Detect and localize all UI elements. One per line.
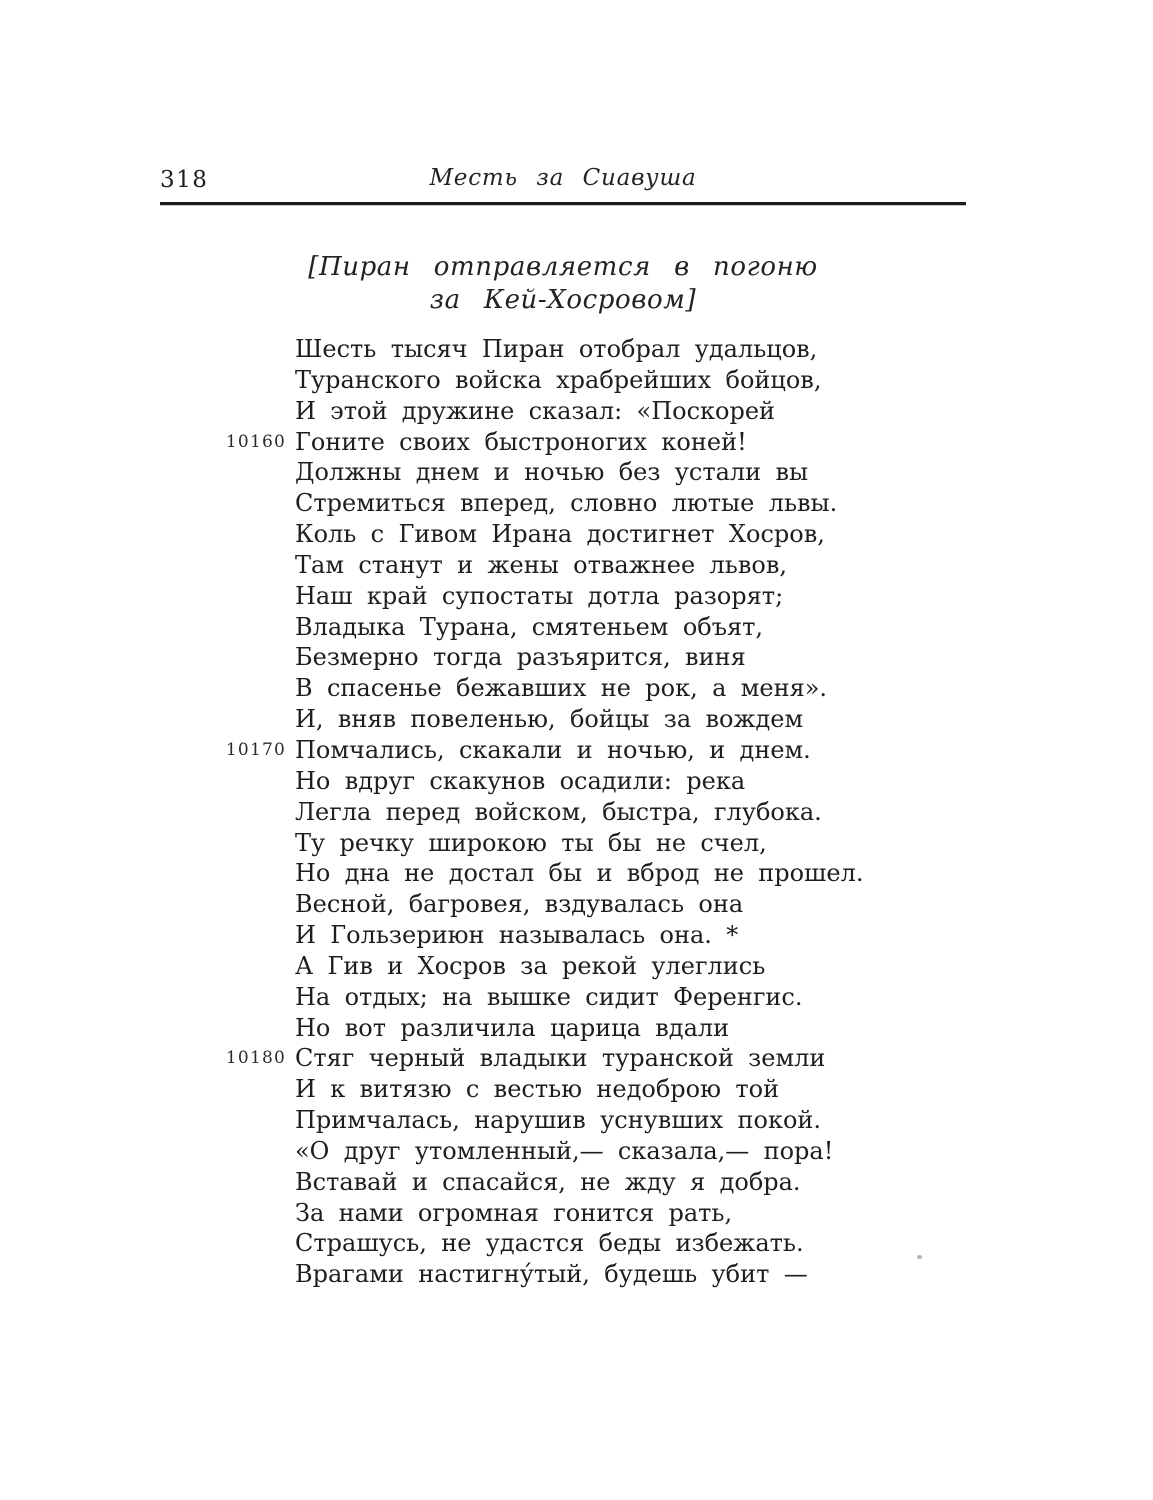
- poem-line-text: А Гив и Хосров за рекой улеглись: [295, 952, 765, 980]
- poem-line: На отдых; на вышке сидит Ференгис.: [295, 982, 855, 1013]
- poem-line-text: «О друг утомленный,— сказала,— пора!: [295, 1137, 833, 1165]
- poem-line: Стремиться вперед, словно лютые львы.: [295, 488, 855, 519]
- poem-line-text: И этой дружине сказал: «Поскорей: [295, 397, 775, 425]
- poem-line-text: Вставай и спасайся, не жду я добра.: [295, 1168, 801, 1196]
- poem-line: Должны днем и ночью без устали вы: [295, 457, 855, 488]
- running-title: Месть за Сиавуша: [160, 165, 966, 191]
- poem-line: 10160 Гоните своих быстроногих коней!: [295, 427, 855, 458]
- poem-line: Весной, багровея, вздувалась она: [295, 889, 855, 920]
- poem-line-text: Безмерно тогда разъярится, виня: [295, 643, 746, 671]
- poem-line-text: Легла перед войском, быстра, глубока.: [295, 798, 822, 826]
- section-heading: [Пиран отправляется в погоню за Кей-Хоср…: [160, 251, 966, 317]
- poem-line-text: На отдых; на вышке сидит Ференгис.: [295, 983, 802, 1011]
- poem-line-text: Весной, багровея, вздувалась она: [295, 890, 743, 918]
- section-heading-line-2: за Кей-Хосровом]: [160, 284, 966, 317]
- poem-line: И Гользериюн называлась она. *: [295, 920, 855, 951]
- poem-line: Но вдруг скакунов осадили: река: [295, 766, 855, 797]
- section-heading-line-1: [Пиран отправляется в погоню: [160, 251, 966, 284]
- poem-line: И этой дружине сказал: «Поскорей: [295, 396, 855, 427]
- poem-line-text: Ту речку широкою ты бы не счел,: [295, 829, 767, 857]
- poem-line: Шесть тысяч Пиран отобрал удальцов,: [295, 334, 855, 365]
- poem-line: За нами огромная гонится рать,: [295, 1198, 855, 1229]
- poem-line-text: Коль с Гивом Ирана достигнет Хосров,: [295, 520, 825, 548]
- poem-line-text: В спасенье бежавших не рок, а меня».: [295, 674, 827, 702]
- poem-line-text: Там станут и жены отважнее львов,: [295, 551, 787, 579]
- poem-line: 10170 Помчались, скакали и ночью, и днем…: [295, 735, 855, 766]
- poem-line-text: Помчались, скакали и ночью, и днем.: [295, 736, 811, 764]
- poem-line: Наш край супостаты дотла разорят;: [295, 581, 855, 612]
- poem-line: А Гив и Хосров за рекой улеглись: [295, 951, 855, 982]
- poem-line-text: Примчалась, нарушив уснувших покой.: [295, 1106, 821, 1134]
- poem-line: 10180 Стяг черный владыки туранской земл…: [295, 1043, 855, 1074]
- poem-line: И к витязю с вестью недоброю той: [295, 1074, 855, 1105]
- poem-line-text: Но вдруг скакунов осадили: река: [295, 767, 745, 795]
- poem-line-text: Должны днем и ночью без устали вы: [295, 458, 808, 486]
- poem-line-number: 10170: [216, 735, 286, 766]
- poem-line-number: 10160: [216, 427, 286, 458]
- poem-line-text: Но дна не достал бы и вброд не прошел.: [295, 859, 863, 887]
- poem-line-text: Стремиться вперед, словно лютые львы.: [295, 489, 837, 517]
- poem-line-number: 10180: [216, 1043, 286, 1074]
- scan-artifact-speck: [917, 1255, 922, 1259]
- poem-line: Ту речку широкою ты бы не счел,: [295, 828, 855, 859]
- poem-line-text: Наш край супостаты дотла разорят;: [295, 582, 783, 610]
- poem-line-text: И, вняв повеленью, бойцы за вождем: [295, 705, 803, 733]
- poem-line-text: Туранского войска храбрейших бойцов,: [295, 366, 821, 394]
- poem-line: Но дна не достал бы и вброд не прошел.: [295, 858, 855, 889]
- poem-line: «О друг утомленный,— сказала,— пора!: [295, 1136, 855, 1167]
- poem-line: Врагами настигну́тый, будешь убит —: [295, 1259, 855, 1290]
- poem-line-text: За нами огромная гонится рать,: [295, 1199, 732, 1227]
- poem-line: Но вот различила царица вдали: [295, 1013, 855, 1044]
- poem-line-text: Но вот различила царица вдали: [295, 1014, 729, 1042]
- poem-line: Владыка Турана, смятеньем объят,: [295, 612, 855, 643]
- poem-line: Вставай и спасайся, не жду я добра.: [295, 1167, 855, 1198]
- poem-line: И, вняв повеленью, бойцы за вождем: [295, 704, 855, 735]
- poem-line-text: Стяг черный владыки туранской земли: [295, 1044, 825, 1072]
- poem-line: Там станут и жены отважнее львов,: [295, 550, 855, 581]
- poem-line: Легла перед войском, быстра, глубока.: [295, 797, 855, 828]
- running-head: 318 Месть за Сиавуша: [160, 165, 966, 197]
- poem-line-text: Врагами настигну́тый, будешь убит —: [295, 1260, 808, 1288]
- poem-line-text: И к витязю с вестью недоброю той: [295, 1075, 779, 1103]
- poem-line-text: Шесть тысяч Пиран отобрал удальцов,: [295, 335, 817, 363]
- book-page: 318 Месть за Сиавуша [Пиран отправляется…: [0, 0, 1153, 1500]
- poem-line: Примчалась, нарушив уснувших покой.: [295, 1105, 855, 1136]
- poem-line-text: Владыка Турана, смятеньем объят,: [295, 613, 763, 641]
- poem-line: Туранского войска храбрейших бойцов,: [295, 365, 855, 396]
- poem-line: В спасенье бежавших не рок, а меня».: [295, 673, 855, 704]
- poem: Шесть тысяч Пиран отобрал удальцов, Тура…: [295, 334, 855, 1290]
- header-rule: [160, 202, 966, 205]
- poem-line-text: Страшусь, не удастся беды избежать.: [295, 1229, 804, 1257]
- poem-line-text: Гоните своих быстроногих коней!: [295, 428, 747, 456]
- poem-line: Коль с Гивом Ирана достигнет Хосров,: [295, 519, 855, 550]
- poem-line: Безмерно тогда разъярится, виня: [295, 642, 855, 673]
- poem-line: Страшусь, не удастся беды избежать.: [295, 1228, 855, 1259]
- poem-line-text: И Гользериюн называлась она. *: [295, 921, 738, 949]
